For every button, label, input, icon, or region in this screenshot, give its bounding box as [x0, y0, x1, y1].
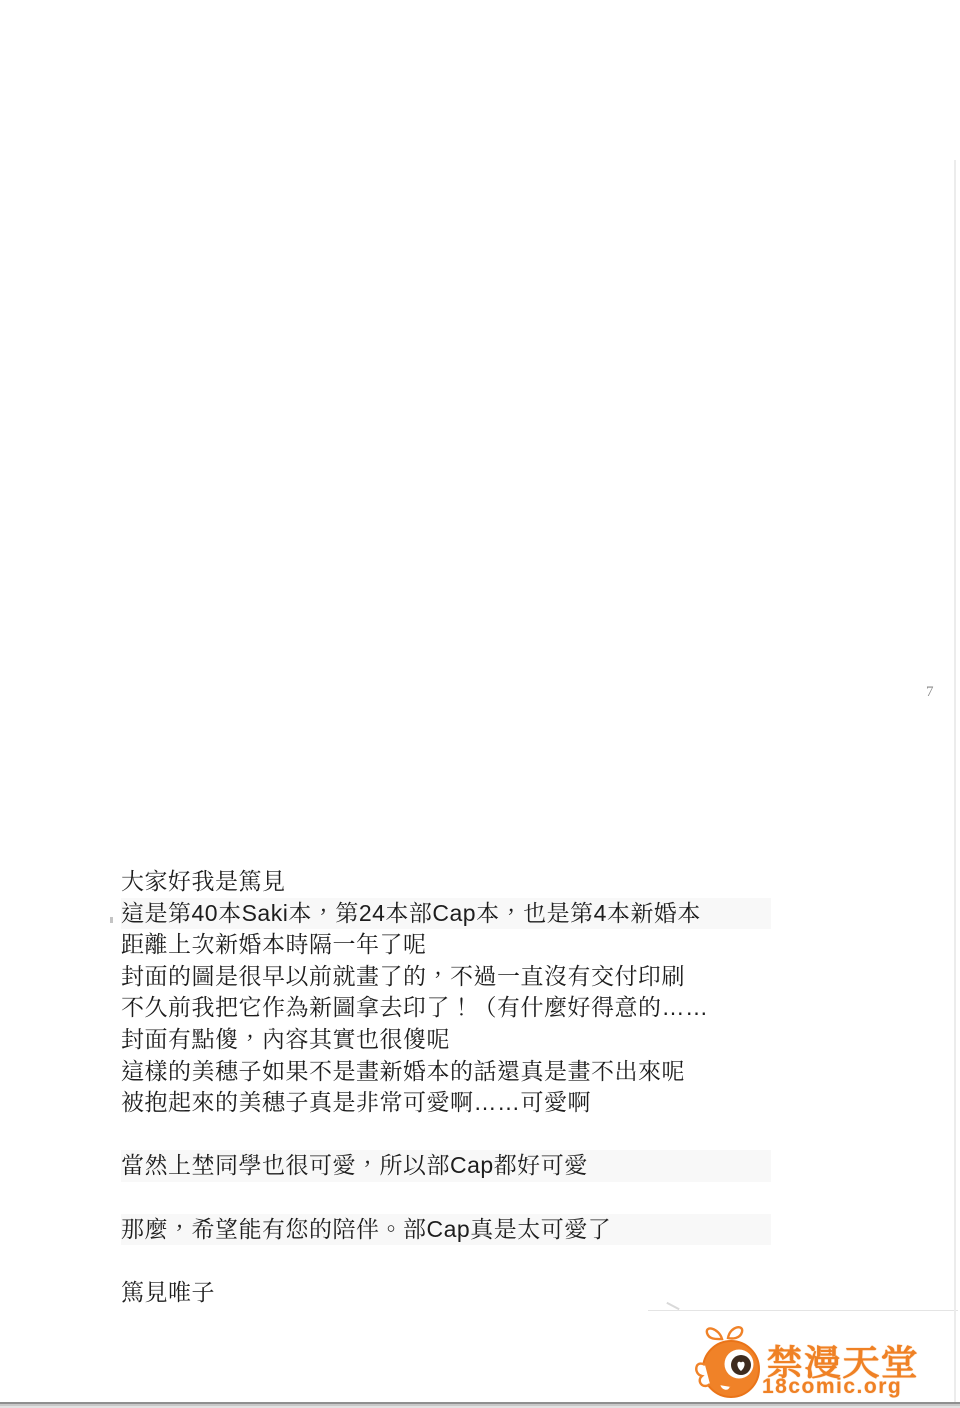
afterword-text-block: 大家好我是篤見 這是第40本Saki本，第24本部Cap本，也是第4本新婚本 距… [121, 866, 821, 1308]
scanned-comic-page: 7 大家好我是篤見 這是第40本Saki本，第24本部Cap本，也是第4本新婚本… [0, 0, 960, 1408]
afterword-line: 這是第40本Saki本，第24本部Cap本，也是第4本新婚本 [121, 898, 771, 930]
afterword-line: 封面的圖是很早以前就畫了的，不過一直沒有交付印刷 [121, 961, 821, 993]
afterword-line: 封面有點傻，內容其實也很傻呢 [121, 1024, 821, 1056]
watermark-site-url: 18comic.org [762, 1375, 902, 1399]
afterword-line: 被抱起來的美穗子真是非常可愛啊……可愛啊 [121, 1087, 821, 1119]
scan-artifact-speck [110, 917, 113, 923]
scan-bottom-edge-line [0, 1402, 960, 1408]
site-watermark: 禁漫天堂 18comic.org [694, 1320, 954, 1404]
afterword-paragraph: 當然上埜同學也很可愛，所以部Cap都好可愛 [121, 1150, 771, 1182]
orange-fish-heart-eye-icon [694, 1324, 764, 1402]
afterword-line: 距離上次新婚本時隔一年了呢 [121, 929, 821, 961]
afterword-line: 大家好我是篤見 [121, 866, 821, 898]
afterword-paragraph: 那麼，希望能有您的陪伴。部Cap真是太可愛了 [121, 1214, 771, 1246]
author-signature: 篤見唯子 [121, 1277, 821, 1309]
page-number: 7 [926, 684, 934, 701]
afterword-line: 不久前我把它作為新圖拿去印了！（有什麼好得意的…… [121, 992, 821, 1024]
scan-artifact-line [648, 1310, 958, 1311]
afterword-line: 這樣的美穗子如果不是畫新婚本的話還真是畫不出來呢 [121, 1056, 821, 1088]
scan-right-edge-line [954, 160, 956, 1402]
